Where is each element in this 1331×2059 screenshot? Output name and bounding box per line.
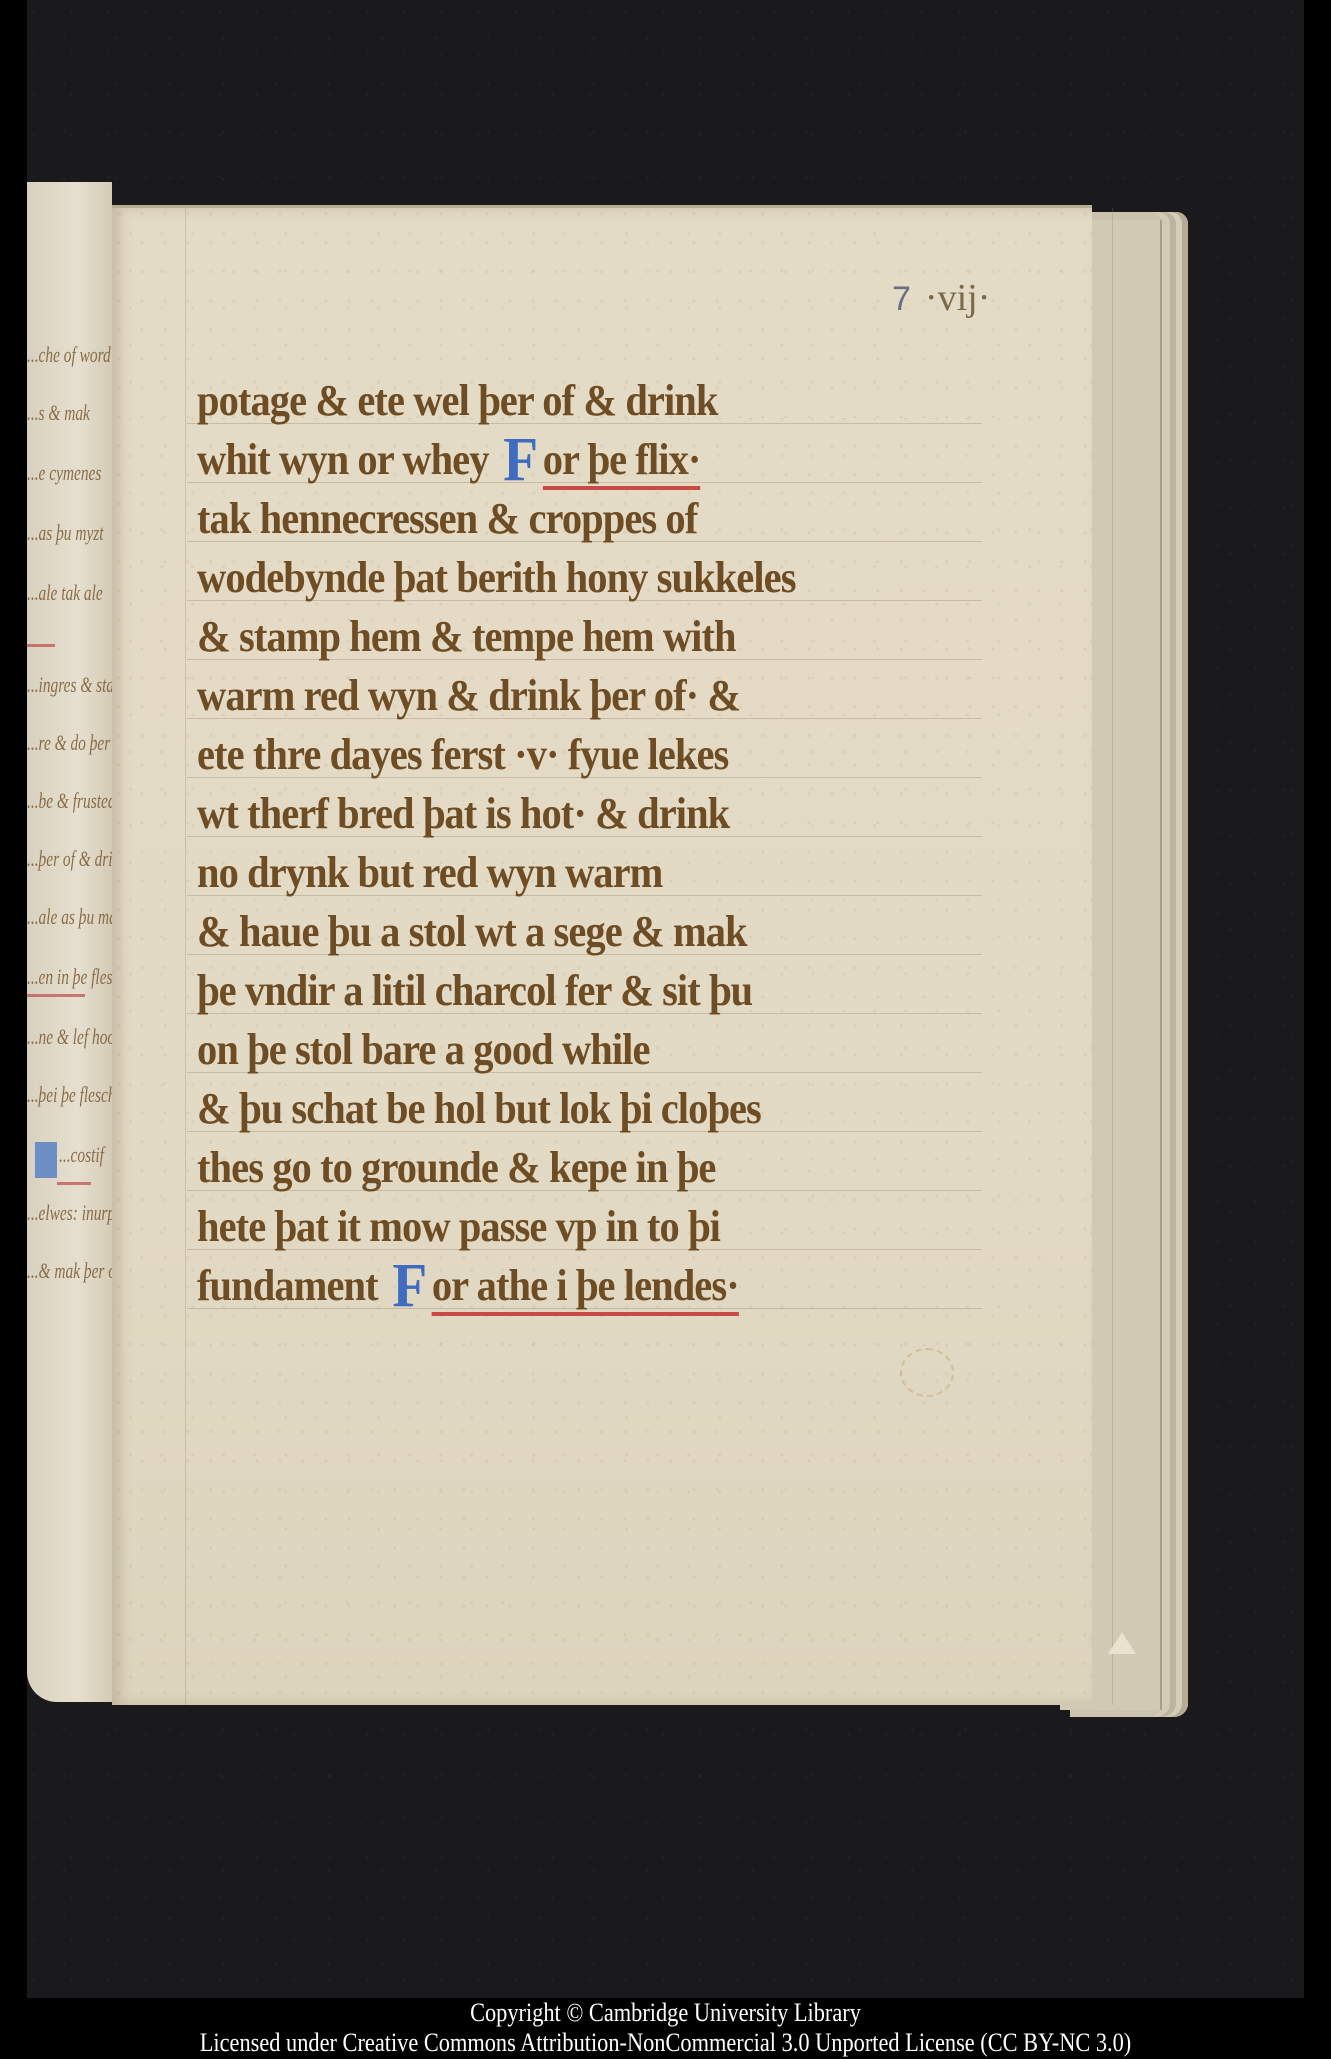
left-page-line: ...ingres & stamp [27,672,112,698]
folio-number: 7·vij· [892,276,990,320]
manuscript-line: tak hennecressen & croppes of [197,489,896,548]
left-page-line: ...as þu myzt [27,520,104,546]
manuscript-line: & haue þu a stol wt a sege & mak [197,902,896,961]
left-page-line: ...be & frusted [27,788,112,814]
blue-initial-f: F [392,1261,426,1311]
manuscript-line: ete thre dayes ferst ·v· fyue lekes [197,725,896,784]
manuscript-line: warm red wyn & drink þer of· & [197,666,896,725]
page-corner-fold-mark [1108,1632,1136,1654]
left-page-line: ...ale as þu may suffre [27,904,112,930]
manuscript-line: hete þat it mow passe vp in to þi [197,1197,896,1256]
ink-folio-numeral: ·vij· [925,277,990,319]
manuscript-line: & stamp hem & tempe hem with [197,607,896,666]
left-page-line: ...ne & lef hoot [27,1024,112,1050]
rubric-heading: or þe flix· [543,435,701,490]
manuscript-line: & þu schat be hol but lok þi cloþes [197,1079,896,1138]
left-page-line: ...s & mak [27,400,90,426]
left-page-line: ...en in þe flessh [27,964,112,990]
margin-rule-right [1112,208,1113,1705]
left-page-line: ...& mak þer of [27,1258,112,1284]
left-page-line: ...re & do þer berne [27,730,112,756]
manuscript-line: wodebynde þat berith hony sukkeles [197,548,896,607]
left-page-rubric [27,994,85,997]
manuscript-text-block: potage & ete wel þer of & drink whit wyn… [197,371,957,1315]
ink-stain-mark [900,1348,954,1397]
manuscript-line: wt therf bred þat is hot· & drink [197,784,896,843]
line-text: whit wyn or whey [197,435,489,484]
left-page-line: ...þer of & drink [27,846,112,872]
manuscript-line: fundament For athe i þe lendes· [197,1256,896,1315]
line-text: fundament [197,1261,378,1310]
left-page-line: ...ale tak ale [27,580,103,606]
margin-rule-left [185,208,186,1705]
manuscript-line: no drynk but red wyn warm [197,843,896,902]
manuscript-line: thes go to grounde & kepe in þe [197,1138,896,1197]
left-page-rubric [27,644,55,647]
left-page-blue-initial [35,1142,57,1178]
left-page-line: ...che of word [27,342,111,368]
blue-initial-f: F [503,435,537,485]
left-page-line: ...þei þe flesch þe [27,1082,112,1108]
manuscript-line: þe vndir a litil charcol fer & sit þu [197,961,896,1020]
copyright-line: Copyright © Cambridge University Library [93,1998,1238,2028]
manuscript-line: potage & ete wel þer of & drink [197,371,896,430]
manuscript-line: whit wyn or whey For þe flix· [197,430,896,489]
left-page-rubric [57,1182,91,1185]
copyright-footer: Copyright © Cambridge University Library… [0,1998,1331,2059]
left-page-line: ...e cymenes [27,460,101,486]
license-line: Licensed under Creative Commons Attribut… [93,2028,1238,2058]
manuscript-line: on þe stol bare a good while [197,1020,896,1079]
left-page-line: ...costif [59,1142,104,1168]
pencil-folio-number: 7 [892,280,911,318]
left-page-line: ...elwes: inurpe [27,1200,112,1226]
rubric-heading: or athe i þe lendes· [432,1261,739,1316]
manuscript-page-recto: 7·vij· potage & ete wel þer of & drink w… [112,205,1092,1705]
left-page-fragment: ...che of word ...s & mak ...e cymenes .… [27,182,112,1702]
